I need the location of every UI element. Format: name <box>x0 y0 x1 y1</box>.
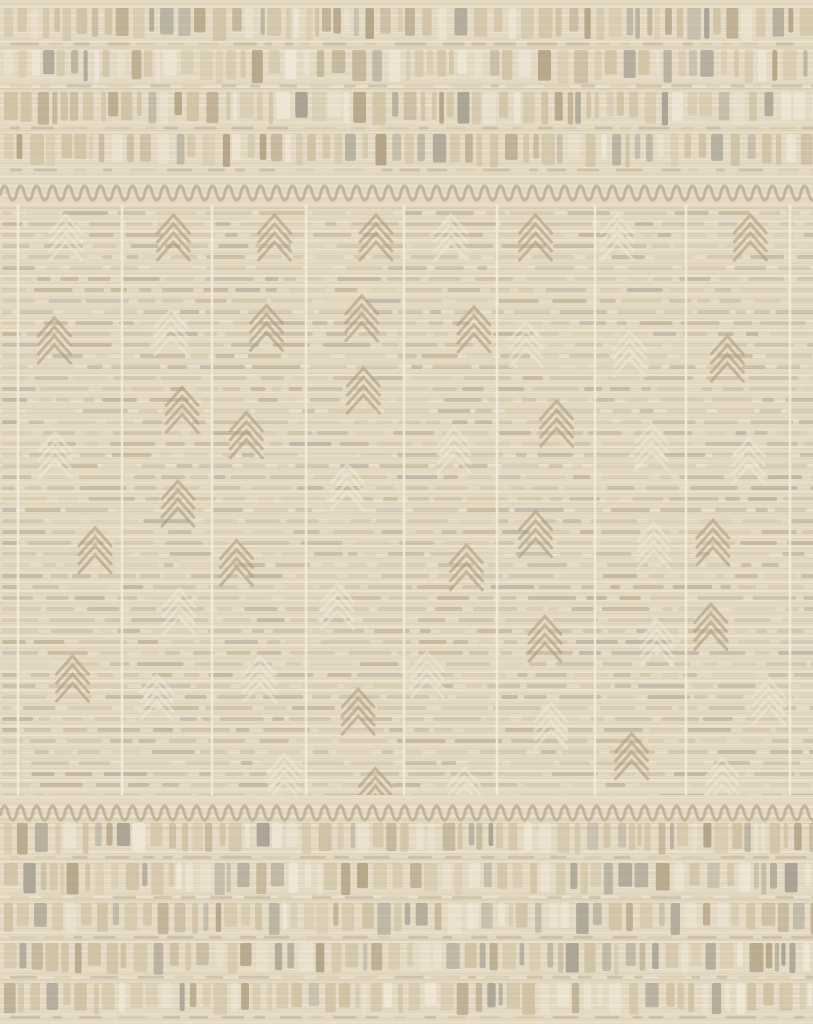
center-field-pattern <box>0 205 813 795</box>
rug-image <box>0 0 813 1024</box>
top-border-pattern <box>0 0 813 180</box>
bottom-border-pattern <box>0 815 813 1024</box>
